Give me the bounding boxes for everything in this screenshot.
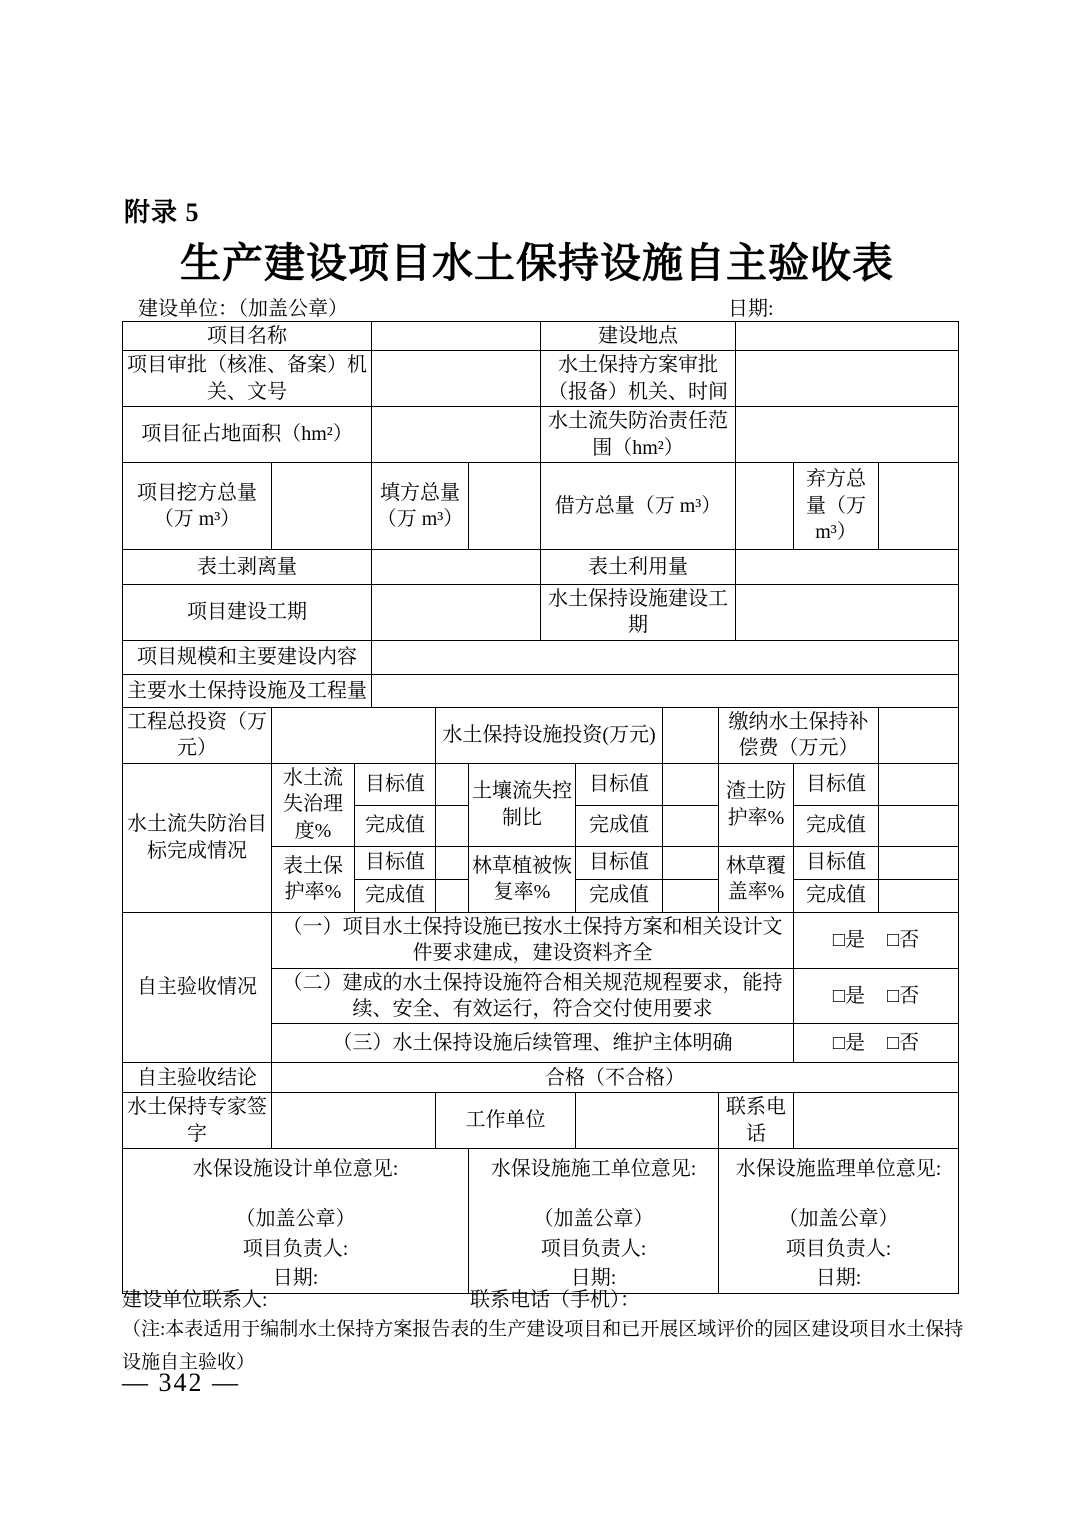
goal-m6-target-value-cell <box>879 846 959 879</box>
construction-period-label: 项目建设工期 <box>123 584 372 640</box>
construction-unit-opinion-cell: 水保设施施工单位意见: （加盖公章） 项目负责人: 日期: <box>469 1149 719 1294</box>
no-checkbox: □否 <box>887 1032 919 1054</box>
goal-m4-target-label: 目标值 <box>355 846 436 879</box>
construction-period-value-cell <box>372 584 541 640</box>
construction-unit-seal-label: 建设单位：（加盖公章） <box>138 292 348 321</box>
swc-plan-approval-value-cell <box>736 351 959 407</box>
topsoil-stripped-value-cell <box>372 549 541 584</box>
goal-m3-done-value-cell <box>879 805 959 846</box>
goal-m4-target-value-cell <box>436 846 469 879</box>
date-label: 日期: <box>728 292 774 321</box>
construction-unit-opinion-title: 水保设施施工单位意见: <box>472 1156 715 1182</box>
footer-contact-row: 建设单位联系人: 联系电话（手机）： <box>122 1283 958 1312</box>
goal-m6-done-value-cell <box>879 879 959 912</box>
goal-m2-done-value-cell <box>663 805 719 846</box>
acceptance-item2-text: （二）建成的水土保持设施符合相关规范规程要求，能持续、安全、有效运行，符合交付使… <box>272 968 794 1024</box>
goal-m1-target-value-cell <box>436 763 469 805</box>
goal-m4-done-label: 完成值 <box>355 879 436 912</box>
project-manager-label: 项目负责人: <box>126 1236 465 1262</box>
seal-placeholder: （加盖公章） <box>722 1206 955 1232</box>
borrow-total-label: 借方总量（万 m³） <box>541 462 736 549</box>
expert-work-unit-value-cell <box>576 1093 719 1149</box>
goal-m1-done-value-cell <box>436 805 469 846</box>
expert-signature-label: 水土保持专家签字 <box>123 1093 272 1149</box>
project-name-label: 项目名称 <box>123 322 372 351</box>
acceptance-item3-text: （三）水土保持设施后续管理、维护主体明确 <box>272 1024 794 1063</box>
land-area-value-cell <box>372 407 541 463</box>
goal-m2-target-value-cell <box>663 763 719 805</box>
goal-m4-label: 表土保护率% <box>272 846 355 912</box>
swc-investment-value-cell <box>663 707 719 763</box>
main-facilities-label: 主要水土保持设施及工程量 <box>123 674 372 707</box>
main-facilities-value-cell <box>372 674 959 707</box>
acceptance-section-label: 自主验收情况 <box>123 912 272 1063</box>
topsoil-used-value-cell <box>736 549 959 584</box>
appendix-label: 附录 5 <box>124 192 200 229</box>
swc-construction-period-label: 水土保持设施建设工期 <box>541 584 736 640</box>
topsoil-stripped-label: 表土剥离量 <box>123 549 372 584</box>
no-checkbox: □否 <box>887 929 919 951</box>
acceptance-item2-checkboxes: □是□否 <box>794 968 959 1024</box>
acceptance-item1-checkboxes: □是□否 <box>794 912 959 968</box>
location-value-cell <box>736 322 959 351</box>
expert-phone-value-cell <box>794 1093 959 1149</box>
yes-checkbox: □是 <box>833 985 865 1007</box>
seal-placeholder: （加盖公章） <box>472 1206 715 1232</box>
location-label: 建设地点 <box>541 322 736 351</box>
topsoil-used-label: 表土利用量 <box>541 549 736 584</box>
compensation-fee-value-cell <box>879 707 959 763</box>
acceptance-item1-text: （一）项目水土保持设施已按水土保持方案和相关设计文件要求建成，建设资料齐全 <box>272 912 794 968</box>
excavation-total-label: 项目挖方总量（万 m³） <box>123 462 272 549</box>
conclusion-value: 合格（不合格） <box>272 1063 959 1093</box>
supervision-unit-opinion-title: 水保设施监理单位意见: <box>722 1156 955 1182</box>
design-unit-opinion-cell: 水保设施设计单位意见: （加盖公章） 项目负责人: 日期: <box>123 1149 469 1294</box>
goal-m1-done-label: 完成值 <box>355 805 436 846</box>
goal-m1-target-label: 目标值 <box>355 763 436 805</box>
project-manager-label: 项目负责人: <box>722 1236 955 1262</box>
project-name-value-cell <box>372 322 541 351</box>
goal-m2-target-label: 目标值 <box>576 763 663 805</box>
borrow-total-value-cell <box>736 462 794 549</box>
scale-and-content-value-cell <box>372 640 959 674</box>
yes-checkbox: □是 <box>833 1032 865 1054</box>
scale-and-content-label: 项目规模和主要建设内容 <box>123 640 372 674</box>
responsibility-area-value-cell <box>736 407 959 463</box>
supervision-unit-opinion-cell: 水保设施监理单位意见: （加盖公章） 项目负责人: 日期: <box>719 1149 959 1294</box>
acceptance-item3-checkboxes: □是□否 <box>794 1024 959 1063</box>
swc-investment-label: 水土保持设施投资(万元) <box>436 707 663 763</box>
project-manager-label: 项目负责人: <box>472 1236 715 1262</box>
excavation-total-value-cell <box>272 462 372 549</box>
acceptance-form-table: 项目名称 建设地点 项目审批（核准、备案）机关、文号 水土保持方案审批（报备）机… <box>122 321 959 1294</box>
goal-m4-done-value-cell <box>436 879 469 912</box>
goal-m2-label: 土壤流失控制比 <box>469 763 576 846</box>
design-unit-opinion-title: 水保设施设计单位意见: <box>126 1156 465 1182</box>
goal-section-label: 水土流失防治目标完成情况 <box>123 763 272 912</box>
compensation-fee-label: 缴纳水土保持补偿费（万元） <box>719 707 879 763</box>
approval-org-label: 项目审批（核准、备案）机关、文号 <box>123 351 372 407</box>
expert-signature-value-cell <box>272 1093 436 1149</box>
goal-m5-label: 林草植被恢复率% <box>469 846 576 912</box>
goal-m3-target-label: 目标值 <box>794 763 879 805</box>
contact-person-label: 建设单位联系人: <box>122 1289 268 1311</box>
fill-total-value-cell <box>469 462 541 549</box>
approval-org-value-cell <box>372 351 541 407</box>
total-investment-value-cell <box>272 707 436 763</box>
spoil-total-value-cell <box>879 462 959 549</box>
total-investment-label: 工程总投资（万元） <box>123 707 272 763</box>
yes-checkbox: □是 <box>833 929 865 951</box>
fill-total-label: 填方总量（万 m³） <box>372 462 469 549</box>
goal-m3-done-label: 完成值 <box>794 805 879 846</box>
goal-m2-done-label: 完成值 <box>576 805 663 846</box>
swc-plan-approval-label: 水土保持方案审批（报备）机关、时间 <box>541 351 736 407</box>
swc-construction-period-value-cell <box>736 584 959 640</box>
goal-m3-target-value-cell <box>879 763 959 805</box>
expert-work-unit-label: 工作单位 <box>436 1093 576 1149</box>
responsibility-area-label: 水土流失防治责任范围（hm²） <box>541 407 736 463</box>
goal-m6-target-label: 目标值 <box>794 846 879 879</box>
goal-m5-target-value-cell <box>663 846 719 879</box>
goal-m1-label: 水土流失治理度% <box>272 763 355 846</box>
page-title: 生产建设项目水土保持设施自主验收表 <box>0 230 1074 289</box>
document-page: 附录 5 生产建设项目水土保持设施自主验收表 建设单位：（加盖公章） 日期: 项… <box>0 0 1074 1520</box>
goal-m6-label: 林草覆盖率% <box>719 846 794 912</box>
footnote: （注:本表适用于编制水土保持方案报告表的生产建设项目和已开展区域评价的园区建设项… <box>122 1313 966 1379</box>
contact-phone-label: 联系电话（手机）： <box>470 1283 640 1312</box>
goal-m3-label: 渣土防护率% <box>719 763 794 846</box>
conclusion-label: 自主验收结论 <box>123 1063 272 1093</box>
expert-phone-label: 联系电话 <box>719 1093 794 1149</box>
goal-m6-done-label: 完成值 <box>794 879 879 912</box>
seal-placeholder: （加盖公章） <box>126 1206 465 1232</box>
spoil-total-label: 弃方总量（万 m³） <box>794 462 879 549</box>
goal-m5-target-label: 目标值 <box>576 846 663 879</box>
page-number: — 342 — <box>122 1368 240 1398</box>
no-checkbox: □否 <box>887 985 919 1007</box>
land-area-label: 项目征占地面积（hm²） <box>123 407 372 463</box>
goal-m5-done-label: 完成值 <box>576 879 663 912</box>
goal-m5-done-value-cell <box>663 879 719 912</box>
